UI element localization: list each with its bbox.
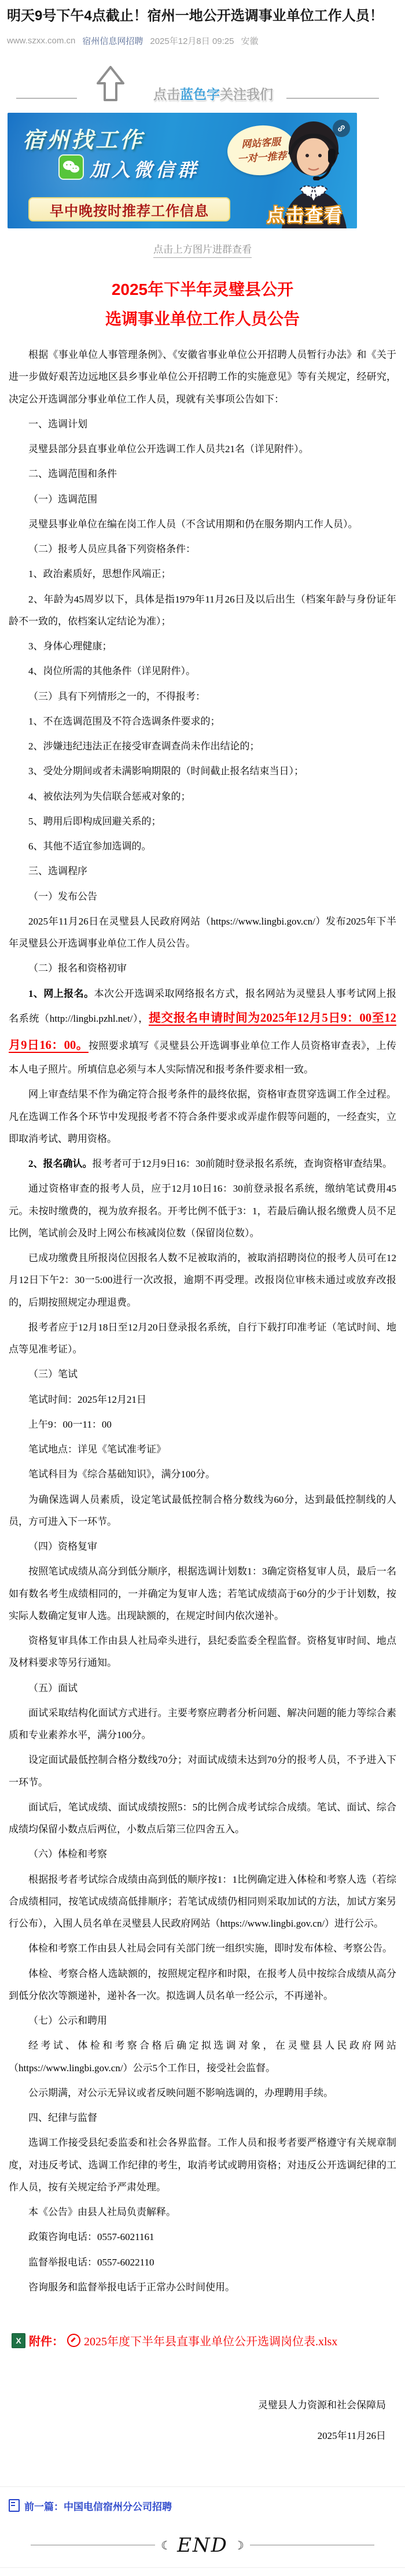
paragraph-text: 资格复审具体工作由县人社局牵头进行，县纪委监委全程监督。资格复审时间、地点及材料… xyxy=(9,1635,396,1668)
article-paragraph: 3、受处分期间或者未满影响期限的（时间截止报名结束当日）； xyxy=(9,760,396,782)
paragraph-text: 体检、考察合格人选缺额的，按照规定程序和时限，在报考人员中按综合成绩从高分到低分… xyxy=(9,1968,396,2001)
wechat-group-banner[interactable]: 宿州找工作 加入微信群 早中晚按时推荐工作信息 网站客服 一对一推荐 xyxy=(8,113,357,228)
paragraph-text: 1、网上报名。 xyxy=(28,988,94,999)
article-paragraph: 报考者应于12月18日至12月20日登录报名系统，自行下载打印准考证（笔试时间、… xyxy=(9,1317,396,1361)
paragraph-text: 根据《事业单位人事管理条例》、《安徽省事业单位公开招聘人员暂行办法》和《关于进一… xyxy=(9,349,396,405)
article-paragraph: （三）具有下列情形之一的，不得报考： xyxy=(9,686,396,708)
article-paragraph: （二）报考人员应具备下列资格条件： xyxy=(9,538,396,560)
article-paragraph: 灵璧县部分县直事业单位公开选调工作人员共21名（详见附件）。 xyxy=(9,438,396,460)
paragraph-text: 4、岗位所需的其他条件（详见附件）。 xyxy=(28,666,196,677)
follow-suffix: 关注我们 xyxy=(220,87,273,102)
article-paragraph: 四、纪律与监督 xyxy=(9,2107,396,2129)
article-paragraph: 本《公告》由县人社局负责解释。 xyxy=(9,2201,396,2223)
paragraph-text: 面试后，笔试成绩、面试成绩按照5：5的比例合成考试综合成绩。笔试、面试、综合成绩… xyxy=(9,1802,396,1835)
paragraph-text: 报考者可于12月9日16：30前随时登录报名系统，查询资格审查结果。 xyxy=(93,1158,393,1169)
banner-title: 宿州找工作 xyxy=(23,122,144,154)
paragraph-text: （七）公示和聘用 xyxy=(28,2015,107,2026)
banner-caption-text[interactable]: 点击上方图片进群查看 xyxy=(153,244,252,258)
divider-line xyxy=(16,98,77,99)
end-divider: ☾ END ☽ xyxy=(0,2534,405,2557)
announcement-heading: 2025年下半年灵璧县公开 选调事业单位工作人员公告 xyxy=(9,275,396,334)
paragraph-text: 按照笔试成绩从高分到低分顺序，根据选调计划数1：3确定资格复审人员，最后一名如有… xyxy=(9,1566,396,1621)
prev-link-title: 中国电信宿州分公司招聘 xyxy=(64,2501,172,2512)
paragraph-text: 3、受处分期间或者未满影响期限的（时间截止报名结束当日）； xyxy=(28,766,304,777)
paragraph-text: 本《公告》由县人社局负责解释。 xyxy=(28,2207,176,2217)
prev-article-section: 前一篇：中国电信宿州分公司招聘 xyxy=(0,2486,405,2516)
paragraph-text: 一、选调计划 xyxy=(28,419,87,430)
paragraph-text: 2025年11月26日在灵璧县人民政府网站（https://www.lingbi… xyxy=(9,916,396,949)
divider-line xyxy=(31,2545,155,2545)
paragraph-text: 经考试、体检和考察合格后确定拟选调对象，在灵璧县人民政府网站（https://w… xyxy=(9,2040,396,2073)
paragraph-text: 三、选调程序 xyxy=(28,866,87,877)
article-paragraph: 4、被依法列为失信联合惩戒对象的； xyxy=(9,786,396,808)
paragraph-text: 4、被依法列为失信联合惩戒对象的； xyxy=(28,791,191,802)
paragraph-text: 咨询服务和监督举报电话于正常办公时间使用。 xyxy=(28,2282,235,2293)
swirl-ornament-left: ☾ xyxy=(161,2538,171,2552)
end-label: END xyxy=(177,2534,228,2557)
paragraph-text: （四）资格复审 xyxy=(28,1541,97,1552)
up-arrow-icon xyxy=(95,65,126,105)
paragraph-text: （一）发布公告 xyxy=(28,891,97,902)
article-paragraph: 笔试时间：2025年12月21日 xyxy=(9,1389,396,1411)
article-paragraph: 面试采取结构化面试方式进行。主要考察应聘者分析问题、解决问题的能力等综合素质和专… xyxy=(9,1702,396,1747)
divider-line xyxy=(250,2545,374,2545)
article-paragraph: 体检、考察合格人选缺额的，按照规定程序和时限，在报考人员中按综合成绩从高分到低分… xyxy=(9,1963,396,2008)
attachment-row: X 附件： 2025年度下半年县直事业单位公开选调岗位表.xlsx xyxy=(12,2332,396,2349)
article-paragraph: 监督举报电话：0557-6022110 xyxy=(9,2252,396,2274)
article-paragraph: 选调工作接受县纪委监委和社会各界监督。工作人员和报考者要严格遵守有关规章制度，对… xyxy=(9,2132,396,2198)
wechat-icon xyxy=(58,154,84,180)
article-paragraph: 设定面试最低控制合格分数线70分；对面试成绩未达到70分的报考人员，不予进入下一… xyxy=(9,1749,396,1794)
paragraph-text: 6、其他不适宜参加选调的。 xyxy=(28,841,152,852)
announcement-heading-line2: 选调事业单位工作人员公告 xyxy=(9,305,396,334)
paragraph-text: 1、政治素质好，思想作风端正； xyxy=(28,568,171,579)
banner-info-text: 早中晚按时推荐工作信息 xyxy=(50,199,209,220)
article-paragraph: 2025年11月26日在灵璧县人民政府网站（https://www.lingbi… xyxy=(9,911,396,955)
paragraph-text: 笔试科目为《综合基础知识》，满分100分。 xyxy=(28,1469,215,1480)
article-paragraph: （四）资格复审 xyxy=(9,1536,396,1558)
page-title: 明天9号下午4点截止！宿州一地公开选调事业单位工作人员！ xyxy=(7,7,398,25)
article-paragraph: 根据《事业单位人事管理条例》、《安徽省事业单位公开招聘人员暂行办法》和《关于进一… xyxy=(9,344,396,411)
article-paragraph: 根据报考者考试综合成绩由高到低的顺序按1：1比例确定进入体检和考察人选（若综合成… xyxy=(9,1869,396,1935)
banner-caption: 点击上方图片进群查看 xyxy=(0,241,405,256)
swirl-ornament-right: ☽ xyxy=(234,2538,244,2552)
article-paragraph: 按照笔试成绩从高分到低分顺序，根据选调计划数1：3确定资格复审人员，最后一名如有… xyxy=(9,1561,396,1627)
article-paragraph: 2、报名确认。报考者可于12月9日16：30前随时登录报名系统，查询资格审查结果… xyxy=(9,1153,396,1175)
article-paragraph: （三）笔试 xyxy=(9,1363,396,1385)
paragraph-text: （三）具有下列情形之一的，不得报考： xyxy=(28,691,205,702)
article-paragraph: 三、选调程序 xyxy=(9,860,396,882)
article-paragraph: （一）发布公告 xyxy=(9,886,396,908)
follow-prefix: 点击 xyxy=(153,87,180,102)
article-body: 2025年下半年灵璧县公开 选调事业单位工作人员公告 根据《事业单位人事管理条例… xyxy=(0,275,405,2451)
article-paragraph: （五）面试 xyxy=(9,1677,396,1699)
source-url: www.szxx.com.cn xyxy=(7,36,75,46)
paragraph-text: 通过资格审查的报考人员，应于12月10日16：30前登录报名系统，缴纳笔试费用4… xyxy=(9,1183,396,1239)
paragraph-text: （二）报考人员应具备下列资格条件： xyxy=(28,544,196,555)
paragraph-text: （六）体检和考察 xyxy=(28,1849,107,1860)
paragraph-text: 监督举报电话：0557-6022110 xyxy=(28,2257,154,2268)
article-paragraph: 政策咨询电话：0557-6021161 xyxy=(9,2226,396,2248)
prev-link-label: 前一篇： xyxy=(24,2501,64,2512)
paragraph-text: 二、选调范围和条件 xyxy=(28,468,117,479)
paragraph-text: 政策咨询电话：0557-6021161 xyxy=(28,2231,154,2242)
paragraph-text: 为确保选调人员素质，设定笔试最低控制合格分数线为60分，达到最低控制线的人员，方… xyxy=(9,1494,396,1527)
paragraph-text: 四、纪律与监督 xyxy=(28,2112,97,2123)
article-paragraph: 1、不在选调范围及不符合选调条件要求的； xyxy=(9,711,396,733)
article-paragraph: 二、选调范围和条件 xyxy=(9,463,396,485)
publish-datetime: 2025年12月8日 09:25 xyxy=(150,35,234,47)
article-paragraph: 笔试地点：详见《笔试准考证》 xyxy=(9,1439,396,1461)
signature-date: 2025年11月26日 xyxy=(9,2421,386,2452)
paragraph-text: 笔试地点：详见《笔试准考证》 xyxy=(28,1444,166,1455)
excel-file-icon: X xyxy=(12,2333,25,2348)
article-paragraph: 为确保选调人员素质，设定笔试最低控制合格分数线为60分，达到最低控制线的人员，方… xyxy=(9,1489,396,1533)
paragraph-text: （五）面试 xyxy=(28,1683,78,1694)
document-icon xyxy=(9,2499,20,2512)
article-paragraph: （一）选调范围 xyxy=(9,489,396,511)
article-paragraph: （二）报名和资格初审 xyxy=(9,958,396,980)
paragraph-text: 面试采取结构化面试方式进行。主要考察应聘者分析问题、解决问题的能力等综合素质和专… xyxy=(9,1708,396,1740)
paragraph-text: （二）报名和资格初审 xyxy=(28,963,127,974)
paragraph-text: 2、报名确认。 xyxy=(28,1158,93,1169)
banner-info-bar: 早中晚按时推荐工作信息 xyxy=(28,197,230,221)
article-paragraph: 1、网上报名。本次公开选调采取网络报名方式，报名网站为灵璧县人事考试网上报名系统… xyxy=(9,983,396,1081)
article-page: 明天9号下午4点截止！宿州一地公开选调事业单位工作人员！ www.szxx.co… xyxy=(0,0,405,2576)
article-paragraph: 体检和考察工作由县人社局会同有关部门统一组织实施，即时发布体检、考察公告。 xyxy=(9,1938,396,1960)
article-paragraph: 经考试、体检和考察合格后确定拟选调对象，在灵璧县人民政府网站（https://w… xyxy=(9,2035,396,2079)
article-paragraph: 笔试科目为《综合基础知识》，满分100分。 xyxy=(9,1463,396,1485)
paragraph-text: 2、年龄为45周岁以下，具体是指1979年11月26日及以后出生（档案年龄与身份… xyxy=(9,594,396,627)
article-paragraph: 咨询服务和监督举报电话于正常办公时间使用。 xyxy=(9,2276,396,2298)
publish-region: 安徽 xyxy=(241,35,258,47)
paragraph-text: （一）选调范围 xyxy=(28,494,97,505)
article-paragraph: （六）体检和考察 xyxy=(9,1843,396,1865)
paragraph-text: 灵璧县事业单位在编在岗工作人员（不含试用期和仍在服务期内工作人员）。 xyxy=(28,519,358,530)
paragraph-text: （三）笔试 xyxy=(28,1369,78,1380)
article-paragraph: 2、涉嫌违纪违法正在接受审查调查尚未作出结论的； xyxy=(9,736,396,757)
article-paragraph: 通过资格审查的报考人员，应于12月10日16：30前登录报名系统，缴纳笔试费用4… xyxy=(9,1178,396,1244)
article-paragraph: 1、政治素质好，思想作风端正； xyxy=(9,563,396,585)
article-paragraph: 2、年龄为45周岁以下，具体是指1979年11月26日及以后出生（档案年龄与身份… xyxy=(9,589,396,633)
article-paragraph: 公示期满，对公示无异议或者反映问题不影响选调的，办理聘用手续。 xyxy=(9,2082,396,2104)
account-link[interactable]: 宿州信息网招聘 xyxy=(82,35,143,47)
paragraph-text: 设定面试最低控制合格分数线70分；对面试成绩未达到70分的报考人员，不予进入下一… xyxy=(9,1754,396,1787)
article-paragraph: 网上审查结果不作为确定符合报考条件的最终依据，资格审查贯穿选调工作全过程。凡在选… xyxy=(9,1084,396,1150)
paragraph-text: 2、涉嫌违纪违法正在接受审查调查尚未作出结论的； xyxy=(28,741,260,752)
announcement-heading-line1: 2025年下半年灵璧县公开 xyxy=(9,275,396,304)
follow-highlight: 蓝色字 xyxy=(180,87,220,102)
signature-org: 灵璧县人力资源和社会保障局 xyxy=(9,2390,386,2421)
follow-us-text: 点击蓝色字关注我们 xyxy=(153,84,273,103)
paragraph-text: 1、不在选调范围及不符合选调条件要求的； xyxy=(28,716,220,727)
paragraph-text: 根据报考者考试综合成绩由高到低的顺序按1：1比例确定进入体检和考察人选（若综合成… xyxy=(9,1874,396,1930)
paragraph-text: 5、聘用后即构成回避关系的； xyxy=(28,816,161,827)
article-paragraph: 灵璧县事业单位在编在岗工作人员（不含试用期和仍在服务期内工作人员）。 xyxy=(9,513,396,535)
paragraph-text: 体检和考察工作由县人社局会同有关部门统一组织实施，即时发布体检、考察公告。 xyxy=(28,1943,392,1954)
article-paragraph: 4、岗位所需的其他条件（详见附件）。 xyxy=(9,660,396,682)
banner-subtitle: 加入微信群 xyxy=(90,156,200,182)
article-paragraph: 5、聘用后即构成回避关系的； xyxy=(9,811,396,833)
article-paragraph: 一、选调计划 xyxy=(9,413,396,435)
paragraph-text: 上午9：00一11：00 xyxy=(28,1419,112,1430)
attachment-file-link[interactable]: 2025年度下半年县直事业单位公开选调岗位表.xlsx xyxy=(84,2332,337,2349)
paragraph-text: 3、身体心理健康； xyxy=(28,641,112,652)
article-paragraph: 已成功缴费且所报岗位因报名人数不足被取消的，被取消招聘岗位的报考人员可在12月1… xyxy=(9,1247,396,1314)
meta-row: www.szxx.com.cn 宿州信息网招聘 2025年12月8日 09:25… xyxy=(7,35,398,47)
paragraph-text: 笔试时间：2025年12月21日 xyxy=(28,1394,146,1405)
paragraph-text: 选调工作接受县纪委监委和社会各界监督。工作人员和报考者要严格遵守有关规章制度，对… xyxy=(9,2137,396,2193)
paragraph-text: 网上审查结果不作为确定符合报考条件的最终依据，资格审查贯穿选调工作全过程。凡在选… xyxy=(9,1089,396,1144)
paragraph-text: 灵璧县部分县直事业单位公开选调工作人员共21名（详见附件）。 xyxy=(28,443,309,454)
paragraph-text: 报考者应于12月18日至12月20日登录报名系统，自行下载打印准考证（笔试时间、… xyxy=(9,1322,396,1355)
paragraph-list: 根据《事业单位人事管理条例》、《安徽省事业单位公开招聘人员暂行办法》和《关于进一… xyxy=(9,344,396,2298)
paragraph-text: 公示期满，对公示无异议或者反映问题不影响选调的，办理聘用手续。 xyxy=(28,2087,333,2098)
divider-line xyxy=(286,98,379,99)
signature-block: 灵璧县人力资源和社会保障局 2025年11月26日 xyxy=(9,2390,396,2451)
article-paragraph: 3、身体心理健康； xyxy=(9,635,396,657)
attachment-label: 附件： xyxy=(29,2332,64,2349)
attachment-link-icon xyxy=(67,2334,80,2347)
follow-banner: 点击蓝色字关注我们 xyxy=(0,62,405,107)
article-paragraph: 6、其他不适宜参加选调的。 xyxy=(9,836,396,858)
article-paragraph: 面试后，笔试成绩、面试成绩按照5：5的比例合成考试综合成绩。笔试、面试、综合成绩… xyxy=(9,1797,396,1841)
footer-separator xyxy=(0,2567,405,2576)
paragraph-text: 已成功缴费且所报岗位因报名人数不足被取消的，被取消招聘岗位的报考人员可在12月1… xyxy=(9,1252,396,1308)
banner-cta[interactable]: 点击查看 xyxy=(267,201,343,227)
article-paragraph: 资格复审具体工作由县人社局牵头进行，县纪委监委全程监督。资格复审时间、地点及材料… xyxy=(9,1630,396,1675)
article-paragraph: （七）公示和聘用 xyxy=(9,2010,396,2032)
prev-article-link[interactable]: 前一篇：中国电信宿州分公司招聘 xyxy=(9,2499,405,2513)
article-paragraph: 上午9：00一11：00 xyxy=(9,1414,396,1436)
